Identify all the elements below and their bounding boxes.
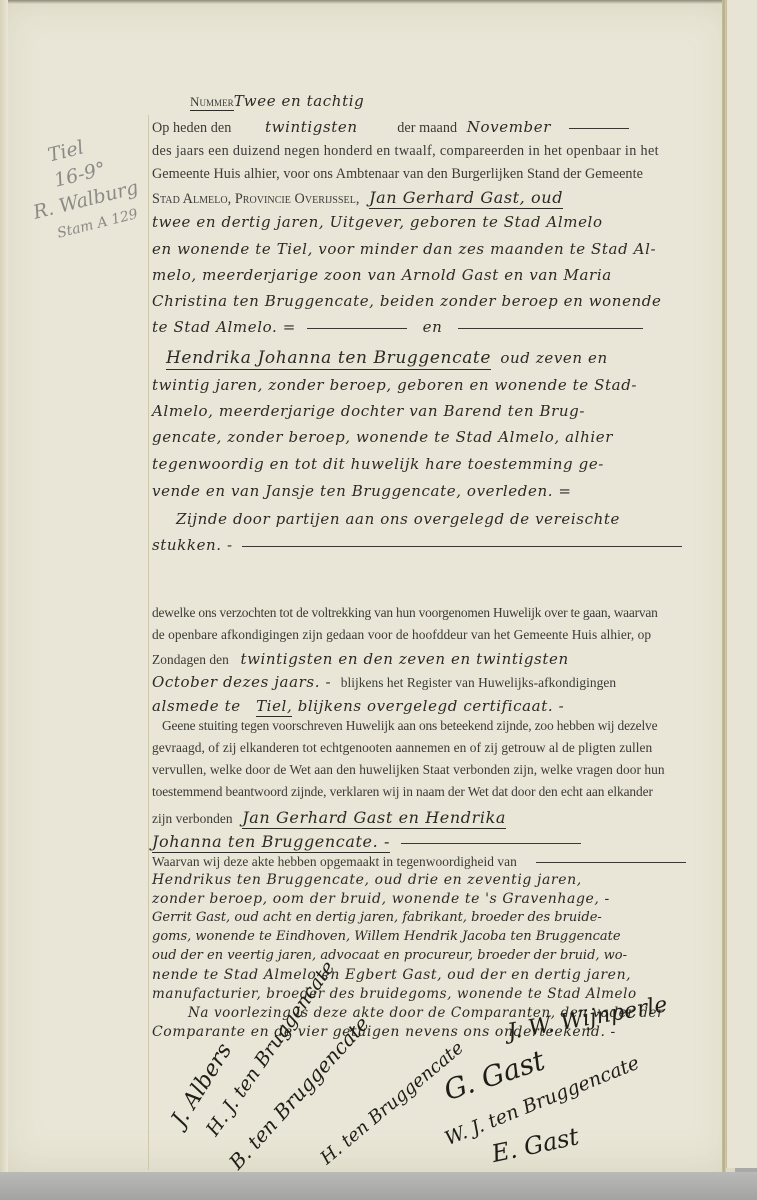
bride-name: Hendrika Johanna ten Bruggencate: [166, 348, 491, 370]
line-19: de openbare afkondigingen zijn gedaan vo…: [152, 627, 720, 643]
fill-rule: [401, 843, 581, 844]
groom-name: Jan Gerhard Gast, oud: [369, 188, 563, 209]
adjacent-page-edge: [726, 0, 757, 1168]
number-value: Twee en tachtig: [234, 92, 365, 110]
printed-text: blijkens het Register van Huwelijks-afko…: [341, 675, 616, 690]
hand-text: te Stad Almelo. =: [152, 318, 296, 336]
line-24: gevraagd, of zij elkanderen tot echtgeno…: [152, 740, 720, 756]
married-names: Jan Gerhard Gast en Hendrika: [242, 808, 506, 829]
signature: J. W. Wijnperle: [506, 992, 670, 1045]
margin-rule: [148, 115, 149, 1170]
signatures-area: J. Albers H. J. ten Bruggencate B. ten B…: [150, 1000, 720, 1170]
fill-rule: [242, 546, 682, 547]
printed-text: der maand: [397, 120, 457, 136]
background-below-page: [0, 1172, 757, 1200]
line-25: vervullen, welke door de Wet aan den huw…: [152, 762, 720, 778]
fill-rule: [536, 862, 686, 863]
line-3: Gemeente Huis alhier, voor ons Ambtenaar…: [152, 166, 720, 183]
line-2: des jaars een duizend negen honderd en t…: [152, 143, 720, 160]
hand-text: blijkens overgelegd certificaat. -: [298, 697, 565, 715]
line-6: en wonende te Tiel, voor minder dan zes …: [152, 240, 720, 258]
printed-text: zijn verbonden: [152, 811, 233, 826]
hand-text: oud zeven en: [500, 349, 607, 367]
line-11: twintig jaren, zonder beroep, geboren en…: [152, 376, 720, 394]
line-5: twee en dertig jaren, Uitgever, geboren …: [152, 213, 720, 231]
line-8: Christina ten Bruggencate, beiden zonder…: [152, 292, 720, 310]
line-17: stukken. -: [152, 536, 720, 554]
line-12: Almelo, meerderjarige dochter van Barend…: [152, 402, 720, 420]
line-15: vende en van Jansje ten Bruggencate, ove…: [152, 482, 720, 500]
number-label: Nummer: [190, 94, 234, 111]
fill-rule: [458, 328, 643, 329]
line-18: dewelke ons verzochten tot de voltrekkin…: [152, 605, 720, 621]
hand-text: stukken. -: [152, 536, 233, 554]
margin-annotation: Tiel 16-9° R. Walburg Stam A 129: [18, 119, 169, 251]
line-32: Gerrit Gast, oud acht en dertig jaren, f…: [152, 910, 720, 925]
line-28: Johanna ten Bruggencate. -: [152, 832, 720, 851]
printed-text: Op heden den: [152, 120, 231, 136]
line-35: nende te Stad Almelo en Egbert Gast, oud…: [152, 967, 720, 983]
line-10: Hendrika Johanna ten Bruggencate oud zev…: [166, 348, 720, 368]
line-31: zonder beroep, oom der bruid, wonende te…: [152, 891, 720, 907]
printed-text: Zondagen den: [152, 652, 229, 667]
line-13: gencate, zonder beroep, wonende te Stad …: [152, 428, 720, 446]
line-29: Waarvan wij deze akte hebben opgemaakt i…: [152, 854, 720, 870]
line-7: melo, meerderjarige zoon van Arnold Gast…: [152, 266, 720, 284]
line-30: Hendrikus ten Bruggencate, oud drie en z…: [152, 872, 720, 888]
record-number: NummerTwee en tachtig: [190, 92, 757, 111]
line-14: tegenwoordig en tot dit huwelijk hare to…: [152, 455, 720, 473]
line-27: zijn verbonden Jan Gerhard Gast en Hendr…: [152, 808, 720, 828]
fill-rule: [307, 328, 407, 329]
line-4: Stad Almelo, Provincie Overijssel, Jan G…: [152, 188, 720, 208]
line-9: te Stad Almelo. = en: [152, 318, 720, 336]
line-22: alsmede te Tiel, blijkens overgelegd cer…: [152, 697, 720, 715]
hand-dates: twintigsten en den zeven en twintigsten: [240, 650, 568, 668]
line-34: oud der en veertig jaren, advocaat en pr…: [152, 948, 720, 963]
line-33: goms, wonende te Eindhoven, Willem Hendr…: [152, 929, 720, 944]
line-21: October dezes jaars. - blijkens het Regi…: [152, 673, 720, 692]
fill-rule: [569, 128, 629, 129]
register-page: Tiel 16-9° R. Walburg Stam A 129 NummerT…: [0, 0, 735, 1172]
line-date: Op heden den twintigsten der maand Novem…: [152, 118, 720, 137]
line-26: toestemmend beantwoord zijnde, verklaren…: [152, 784, 720, 800]
hand-text: alsmede te: [152, 697, 241, 715]
line-16: Zijnde door partijen aan ons overgelegd …: [176, 510, 744, 528]
hand-text: Johanna ten Bruggencate. -: [152, 832, 390, 853]
hand-day: twintigsten: [265, 118, 358, 136]
hand-month: November: [467, 118, 551, 136]
hand-text: October dezes jaars. -: [152, 673, 331, 691]
hand-place: Tiel,: [256, 697, 292, 717]
printed-text: Stad Almelo, Provincie Overijssel,: [152, 191, 359, 207]
hand-text: en: [423, 318, 443, 336]
signature: E. Gast: [489, 1122, 581, 1168]
printed-text: Waarvan wij deze akte hebben opgemaakt i…: [152, 854, 517, 869]
line-23: Geene stuiting tegen voorschreven Huweli…: [162, 718, 730, 734]
page-top-edge: [0, 0, 757, 4]
page-left-edge: [0, 0, 8, 1172]
line-20: Zondagen den twintigsten en den zeven en…: [152, 650, 720, 669]
